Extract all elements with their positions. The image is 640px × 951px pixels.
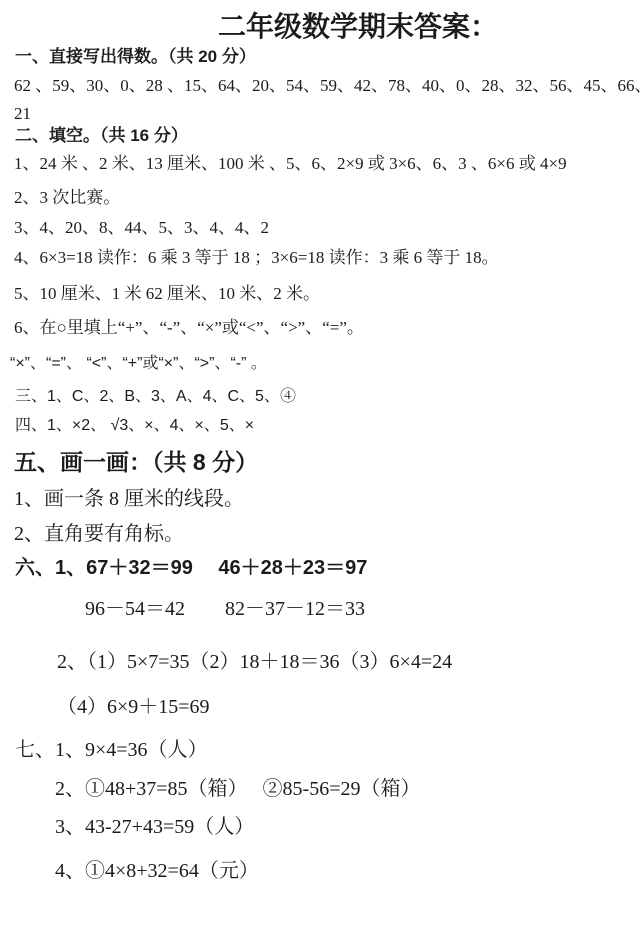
section-4-answers: 四、1、×2、 √3、×、4、×、5、× [15, 417, 254, 435]
section-6-q2-row-2: （4）6×9＋15=69 [57, 696, 210, 719]
section-2-answer-6-signs: “×”、“=”、 “<”、“+”或“×”、“>”、“-” 。 [10, 355, 267, 373]
section-6-q2-row-1: 2、（1）5×7=35（2）18＋18＝36（3）6×4=24 [57, 651, 452, 674]
section-2-answer-1: 1、24 米 、2 米、13 厘米、100 米 、5、6、2×9 或 3×6、6… [14, 154, 567, 173]
answer-sheet-page: 二年级数学期末答案： 一、直接写出得数。（共 20 分） 62 、59、30、0… [0, 0, 640, 951]
section-1-header: 一、直接写出得数。（共 20 分） [15, 47, 256, 66]
section-1-answers-row-1: 62 、59、30、0、28 、15、64、20、54、59、42、78、40、… [14, 76, 640, 95]
section-7-q4: 4、①4×8+32=64（元） [55, 860, 259, 883]
section-5-item-1: 1、画一条 8 厘米的线段。 [14, 488, 244, 511]
section-7-q3: 3、43-27+43=59（人） [55, 816, 254, 839]
section-2-answer-2: 2、3 次比赛。 [14, 188, 120, 207]
section-5-item-2: 2、直角要有角标。 [14, 523, 184, 546]
section-6-q1-row-1: 六、1、67＋32＝99 46＋28＋23＝97 [15, 557, 367, 580]
section-7-q2: 2、①48+37=85（箱） ②85-56=29（箱） [55, 778, 421, 801]
section-3-answers: 三、1、C、2、B、3、A、4、C、5、④ [15, 388, 296, 406]
section-2-header: 二、填空。（共 16 分） [15, 126, 188, 145]
section-2-answer-6: 6、在○里填上“+”、“-”、“×”或“<”、“>”、“=”。 [14, 318, 364, 337]
section-5-header: 五、画一画：（共 8 分） [14, 449, 258, 475]
section-6-q1-row-2: 96－54＝42 82－37－12＝33 [85, 598, 365, 621]
page-title: 二年级数学期末答案： [0, 10, 640, 44]
section-2-answer-5: 5、10 厘米、1 米 62 厘米、10 米、2 米。 [14, 284, 320, 303]
section-7-q1: 七、1、9×4=36（人） [15, 739, 208, 762]
section-2-answer-3: 3、4、20、8、44、5、3、4、4、2 [14, 218, 269, 237]
section-1-answers-row-2: 21 [14, 104, 31, 123]
section-2-answer-4: 4、6×3=18 读作：6 乘 3 等于 18 ；3×6=18 读作：3 乘 6… [14, 248, 499, 267]
